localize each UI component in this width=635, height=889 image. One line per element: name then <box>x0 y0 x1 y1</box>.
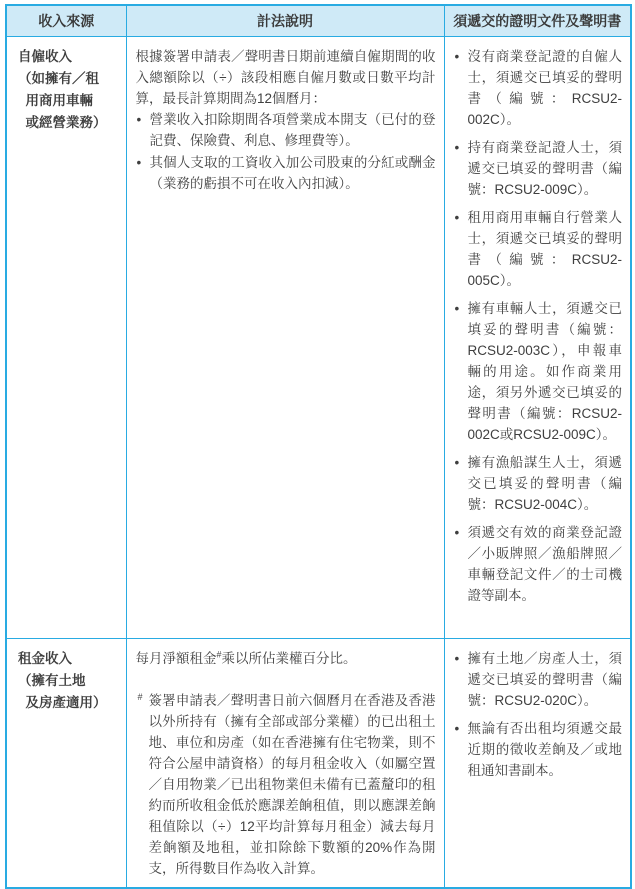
header-calculation-method: 計法說明 <box>126 5 444 36</box>
document-bullet-item: 無論有否出租均須遞交最近期的徵收差餉及／或地租通知書副本。 <box>454 718 623 781</box>
documents-bullet-list: 擁有土地／房產人士，須遞交已填妥的聲明書（編號：RCSU2-020C）。 無論有… <box>454 648 623 781</box>
cell-method-self-employed: 根據簽署申請表／聲明書日期前連續自僱期間的收入總額除以（÷）該段相應自僱月數或日… <box>126 36 444 638</box>
cell-source-rental: 租金收入 （擁有土地 及房產適用） <box>6 638 126 888</box>
cell-method-rental: 每月淨額租金#乘以所佔業權百分比。 #簽署申請表／聲明書日前六個曆月在香港及香港… <box>126 638 444 888</box>
method-bullet-item: 營業收入扣除期間各項營業成本開支（已付的登記費、保險費、利息、修理費等）。 <box>136 109 436 151</box>
cell-documents-self-employed: 沒有商業登記證的自僱人士，須遞交已填妥的聲明書（編號：RCSU2-002C）。 … <box>444 36 631 638</box>
table-row-rental-income: 租金收入 （擁有土地 及房產適用） 每月淨額租金#乘以所佔業權百分比。 #簽署申… <box>6 638 631 888</box>
cell-documents-rental: 擁有土地／房產人士，須遞交已填妥的聲明書（編號：RCSU2-020C）。 無論有… <box>444 638 631 888</box>
document-bullet-item: 租用商用車輛自行營業人士，須遞交已填妥的聲明書（編號：RCSU2-005C）。 <box>454 207 623 291</box>
document-bullet-item: 擁有土地／房產人士，須遞交已填妥的聲明書（編號：RCSU2-020C）。 <box>454 648 623 711</box>
header-required-documents: 須遞交的證明文件及聲明書 <box>444 5 631 36</box>
table-row-self-employed: 自僱收入 （如擁有／租 用商用車輛 或經營業務） 根據簽署申請表／聲明書日期前連… <box>6 36 631 638</box>
rent-line-post: 乘以所佔業權百分比。 <box>222 651 357 666</box>
document-bullet-item: 擁有漁船謀生人士，須遞交已填妥的聲明書（編號：RCSU2-004C）。 <box>454 452 623 515</box>
rent-line-pre: 每月淨額租金 <box>136 651 217 666</box>
method-rent-line: 每月淨額租金#乘以所佔業權百分比。 <box>136 648 436 669</box>
table-header-row: 收入來源 計法說明 須遞交的證明文件及聲明書 <box>6 5 631 36</box>
method-bullet-list: 營業收入扣除期間各項營業成本開支（已付的登記費、保險費、利息、修理費等）。 其個… <box>136 109 436 194</box>
footnote-text: 簽署申請表／聲明書日前六個曆月在香港及香港以外所持有（擁有全部或部分業權）的已出… <box>149 693 436 876</box>
document-bullet-item: 須遞交有效的商業登記證／小販牌照／漁船牌照／車輛登記文件／的士司機證等副本。 <box>454 522 623 606</box>
header-income-source: 收入來源 <box>6 5 126 36</box>
cell-source-self-employed: 自僱收入 （如擁有／租 用商用車輛 或經營業務） <box>6 36 126 638</box>
document-bullet-item: 沒有商業登記證的自僱人士，須遞交已填妥的聲明書（編號：RCSU2-002C）。 <box>454 46 623 130</box>
method-footnote: #簽署申請表／聲明書日前六個曆月在香港及香港以外所持有（擁有全部或部分業權）的已… <box>136 690 436 879</box>
method-bullet-item: 其個人支取的工資收入加公司股東的分紅或酬金（業務的虧損不可在收入內扣減）。 <box>136 152 436 194</box>
documents-bullet-list: 沒有商業登記證的自僱人士，須遞交已填妥的聲明書（編號：RCSU2-002C）。 … <box>454 46 623 606</box>
method-intro-paragraph: 根據簽署申請表／聲明書日期前連續自僱期間的收入總額除以（÷）該段相應自僱月數或日… <box>136 46 436 109</box>
document-bullet-item: 持有商業登記證人士，須遞交已填妥的聲明書（編號：RCSU2-009C）。 <box>454 137 623 200</box>
document-page: 收入來源 計法說明 須遞交的證明文件及聲明書 自僱收入 （如擁有／租 用商用車輛… <box>0 0 635 885</box>
footnote-marker: # <box>138 687 143 708</box>
document-bullet-item: 擁有車輛人士，須遞交已填妥的聲明書（編號：RCSU2-003C），申報車輛的用途… <box>454 298 623 445</box>
income-calculation-table: 收入來源 計法說明 須遞交的證明文件及聲明書 自僱收入 （如擁有／租 用商用車輛… <box>5 4 632 889</box>
